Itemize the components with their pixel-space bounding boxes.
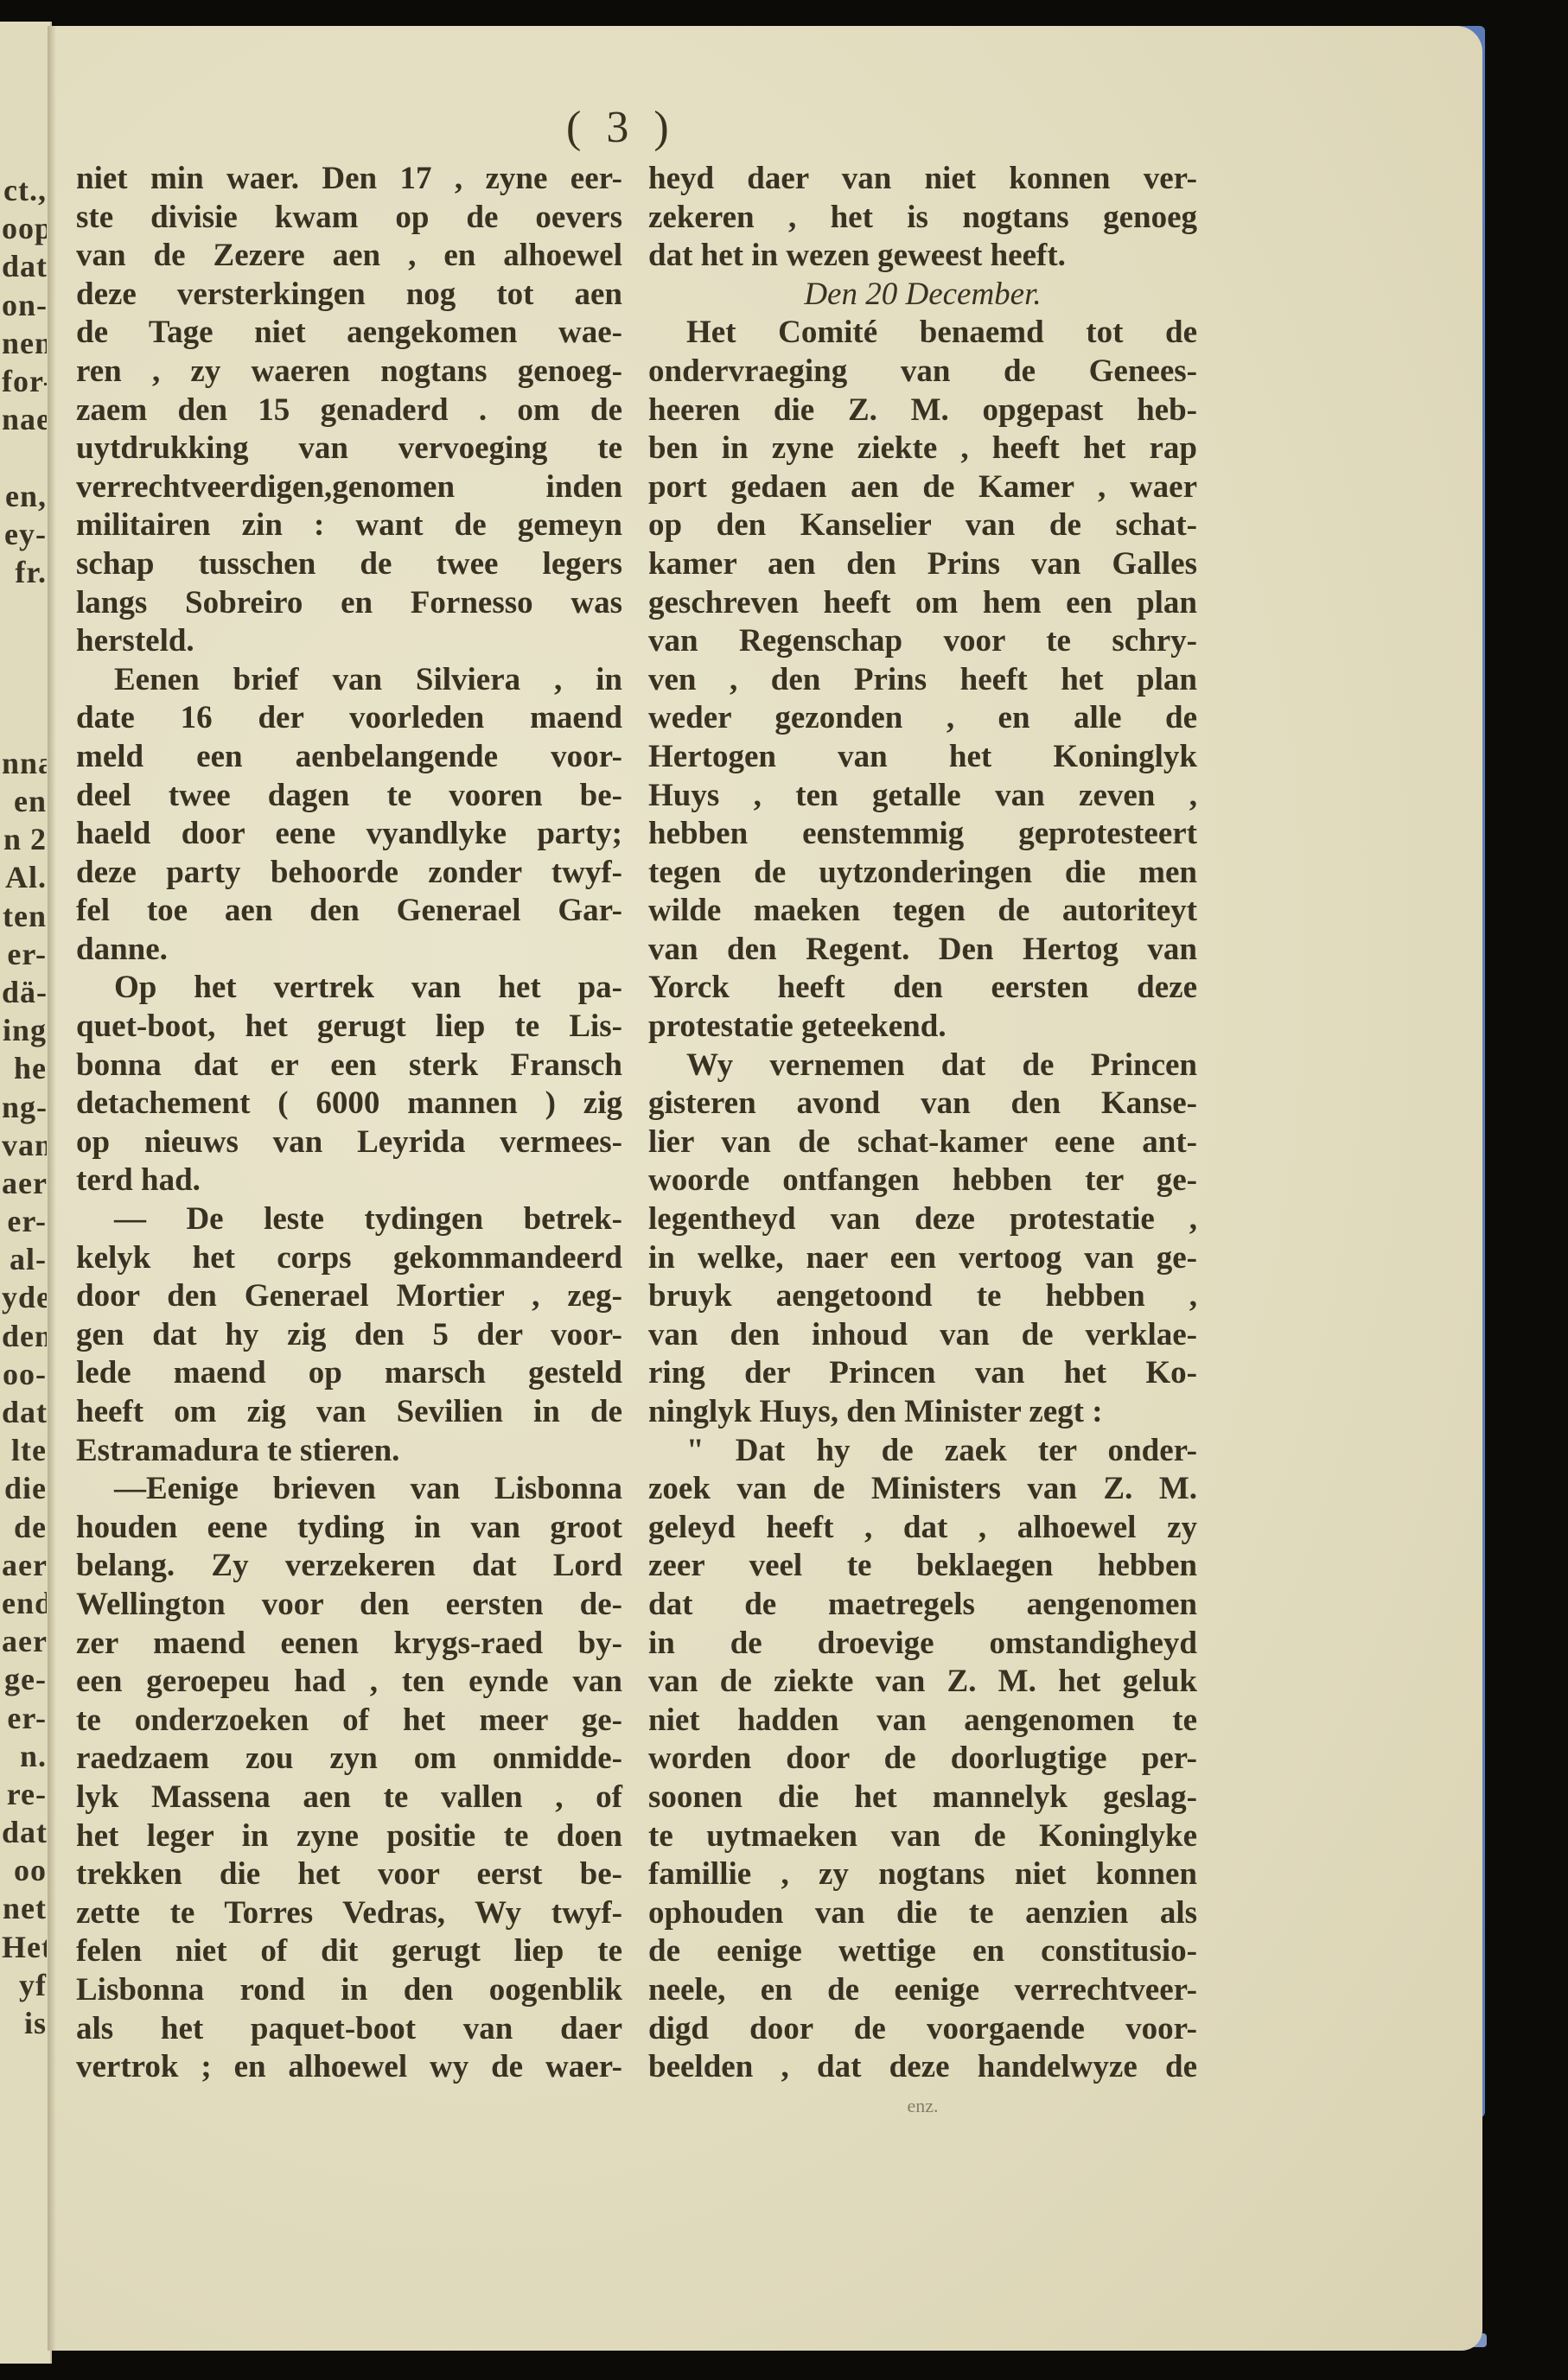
text-line: het leger in zyne positie te doen [76,1817,622,1856]
text-line: lede maend op marsch gesteld [76,1354,622,1393]
text-line: langs Sobreiro en Fornesso was [76,584,622,623]
fragment-line: n 2 [2,820,47,858]
adjacent-page-text-fragments: ct.,oopdaton-nenfor-nae-en,ey-fr.nnaenn … [2,171,47,2042]
fragment-line: aer [2,1622,47,1660]
fragment-line: oo- [2,1355,47,1393]
fragment-line: dat [2,1393,47,1431]
fragment-line: oop [2,209,47,247]
fragment-line [2,629,47,667]
text-line: famillie , zy nogtans niet konnen [648,1855,1197,1894]
text-line: heyd daer van niet konnen ver- [648,160,1197,199]
text-line: Yorck heeft den eersten deze [648,969,1197,1008]
fragment-line: net [2,1889,47,1927]
text-line: date 16 der voorleden maend [76,699,622,738]
text-line: zoek van de Ministers van Z. M. [648,1470,1197,1509]
text-line: zekeren , het is nogtans genoeg [648,199,1197,238]
text-line: lyk Massena aen te vallen , of [76,1779,622,1817]
text-line: protestatie geteekend. [648,1008,1197,1047]
text-line: zer maend eenen krygs-raed by- [76,1625,622,1664]
fragment-line: er- [2,935,47,973]
text-line: geleyd heeft , dat , alhoewel zy [648,1509,1197,1548]
text-line: deze versterkingen nog tot aen [76,276,622,315]
text-line: felen niet of dit gerugt liep te [76,1932,622,1971]
fragment-line: n. [2,1737,47,1775]
text-line: woorde ontfangen hebben ter ge- [648,1161,1197,1200]
fragment-line [2,706,47,744]
text-line: hebben eenstemmig geprotesteert [648,815,1197,854]
text-line: van de ziekte van Z. M. het geluk [648,1663,1197,1702]
text-line: terd had. [76,1161,622,1200]
fragment-line: oo [2,1851,47,1889]
text-line: detachement ( 6000 mannen ) zig [76,1085,622,1123]
fragment-line: ten [2,897,47,935]
fragment-line: Al. [2,858,47,896]
text-line: trekken die het voor eerst be- [76,1855,622,1894]
fragment-line: yf [2,1966,47,2004]
fragment-line [2,591,47,629]
text-line: van den inhoud van de verklae- [648,1316,1197,1355]
text-line: port gedaen aen de Kamer , waer [648,468,1197,507]
text-line: beelden , dat deze handelwyze de [648,2048,1197,2087]
fragment-line: ey- [2,515,47,553]
fragment-line: Het [2,1928,47,1966]
text-line: op den Kanselier van de schat- [648,506,1197,545]
text-line: te uytmaeken van de Koninglyke [648,1817,1197,1856]
text-line: van Regenschap voor te schry- [648,622,1197,661]
text-line: neele, en de eenige verrechtveer- [648,1971,1197,2010]
fragment-line: en [2,782,47,820]
text-line: Wellington voor den eersten de- [76,1586,622,1625]
text-line: geschreven heeft om hem een plan [648,584,1197,623]
text-line: digd door de voorgaende voor- [648,2010,1197,2049]
text-line: ninglyk Huys, den Minister zegt : [648,1393,1197,1432]
text-line: gisteren avond van den Kanse- [648,1085,1197,1123]
fragment-line: er- [2,1699,47,1737]
text-line: weder gezonden , en alle de [648,699,1197,738]
text-line: Lisbonna rond in den oogenblik [76,1971,622,2010]
fragment-line: al- [2,1240,47,1278]
text-line: bruyk aengetoond te hebben , [648,1277,1197,1316]
text-line: — De leste tydingen betrek- [76,1200,622,1239]
text-line: Estramadura te stieren. [76,1432,622,1471]
catchword: enz. [648,2087,1197,2126]
text-line: ven , den Prins heeft het plan [648,661,1197,700]
text-line: schap tusschen de twee legers [76,545,622,584]
fragment-line: de [2,1508,47,1546]
fragment-line [2,438,47,476]
text-line: belang. Zy verzekeren dat Lord [76,1547,622,1586]
text-line: houden eene tyding in van groot [76,1509,622,1548]
text-line: van den Regent. Den Hertog van [648,931,1197,970]
text-line: Wy vernemen dat de Princen [648,1047,1197,1085]
text-line: ophouden van die te aenzien als [648,1894,1197,1933]
fragment-line: van [2,1126,47,1164]
text-line: op nieuws van Leyrida vermees- [76,1123,622,1162]
text-line: —Eenige brieven van Lisbonna [76,1470,622,1509]
text-line: Eenen brief van Silviera , in [76,661,622,700]
text-line: deze party behoorde zonder twyf- [76,854,622,893]
text-line: niet min waer. Den 17 , zyne eer- [76,160,622,199]
text-line: worden door de doorlugtige per- [648,1740,1197,1779]
text-line: meld een aenbelangende voor- [76,738,622,777]
fragment-line: ing [2,1011,47,1049]
text-line: in welke, naer een vertoog van ge- [648,1239,1197,1278]
fragment-line [2,667,47,705]
text-line: ben in zyne ziekte , heeft het rap [648,430,1197,468]
left-text-column: niet min waer. Den 17 , zyne eer-ste div… [76,160,622,2087]
fragment-line: fr. [2,553,47,591]
fragment-line: lte [2,1431,47,1469]
text-line: raedzaem zou zyn om onmidde- [76,1740,622,1779]
fragment-line: die [2,1469,47,1507]
text-line: dat de maetregels aengenomen [648,1586,1197,1625]
fragment-line: den [2,1317,47,1355]
text-line: militairen zin : want de gemeyn [76,506,622,545]
text-line: bonna dat er een sterk Fransch [76,1047,622,1085]
text-line: Op het vertrek van het pa- [76,969,622,1008]
text-line: van de Zezere aen , en alhoewel [76,237,622,276]
fragment-line: end [2,1584,47,1622]
text-line: deel twee dagen te vooren be- [76,777,622,816]
text-line: de eenige wettige en constitusio- [648,1932,1197,1971]
fragment-line: he [2,1049,47,1087]
fragment-line: for- [2,362,47,400]
text-line: heeren die Z. M. opgepast heb- [648,391,1197,430]
text-line: danne. [76,931,622,970]
text-line: heeft om zig van Sevilien in de [76,1393,622,1432]
fragment-line: ng- [2,1088,47,1126]
text-line: ste divisie kwam op de oevers [76,199,622,238]
fragment-line: ge- [2,1660,47,1698]
text-line: ondervraeging van de Genees- [648,353,1197,391]
text-line: te onderzoeken of het meer ge- [76,1702,622,1740]
text-line: Het Comité benaemd tot de [648,314,1197,353]
text-line: Hertogen van het Koninglyk [648,738,1197,777]
fragment-line: er- [2,1202,47,1240]
text-line: zeer veel te beklaegen hebben [648,1547,1197,1586]
fragment-line: yde [2,1278,47,1316]
text-line: een geroepeu had , ten eynde van [76,1663,622,1702]
text-line: haeld door eene vyandlyke party; [76,815,622,854]
fragment-line: en, [2,477,47,515]
text-line: ren , zy waeren nogtans genoeg- [76,353,622,391]
fragment-line: on- [2,286,47,324]
fragment-line: nae- [2,400,47,438]
text-line: niet hadden van aengenomen te [648,1702,1197,1740]
text-line: gen dat hy zig den 5 der voor- [76,1316,622,1355]
text-line: Huys , ten getalle van zeven , [648,777,1197,816]
text-line: door den Generael Mortier , zeg- [76,1277,622,1316]
fragment-line: nen [2,324,47,362]
text-line: kamer aen den Prins van Galles [648,545,1197,584]
fragment-line: dat [2,247,47,285]
text-line: hersteld. [76,622,622,661]
fragment-line: aer [2,1164,47,1202]
fragment-line: aer [2,1546,47,1584]
text-line: legentheyd van deze protestatie , [648,1200,1197,1239]
text-line: " Dat hy de zaek ter onder- [648,1432,1197,1471]
fragment-line: ct., [2,171,47,209]
gutter-shadow [48,26,56,2351]
date-heading: Den 20 December. [648,276,1197,315]
text-line: soonen die het mannelyk geslag- [648,1779,1197,1817]
fragment-line: nna [2,744,47,782]
fragment-line: re- [2,1775,47,1813]
text-line: tegen de uytzonderingen die men [648,854,1197,893]
text-line: in de droevige omstandigheyd [648,1625,1197,1664]
text-line: dat het in wezen geweest heeft. [648,237,1197,276]
text-line: lier van de schat-kamer eene ant- [648,1123,1197,1162]
fragment-line: is [2,2004,47,2042]
text-line: vertrok ; en alhoewel wy de waer- [76,2048,622,2087]
text-line: kelyk het corps gekommandeerd [76,1239,622,1278]
text-line: zette te Torres Vedras, Wy twyf- [76,1894,622,1933]
text-line: als het paquet-boot van daer [76,2010,622,2049]
text-line: fel toe aen den Generael Gar- [76,892,622,931]
page-number: ( 3 ) [566,102,676,153]
text-line: zaem den 15 genaderd . om de [76,391,622,430]
right-text-column: heyd daer van niet konnen ver-zekeren , … [648,160,1197,2125]
text-line: wilde maeken tegen de autoriteyt [648,892,1197,931]
text-line: verrechtveerdigen,genomen inden [76,468,622,507]
text-line: uytdrukking van vervoeging te [76,430,622,468]
text-line: ring der Princen van het Ko- [648,1354,1197,1393]
fragment-line: dä- [2,973,47,1011]
text-line: de Tage niet aengekomen wae- [76,314,622,353]
text-line: quet-boot, het gerugt liep te Lis- [76,1008,622,1047]
fragment-line: dat [2,1813,47,1851]
